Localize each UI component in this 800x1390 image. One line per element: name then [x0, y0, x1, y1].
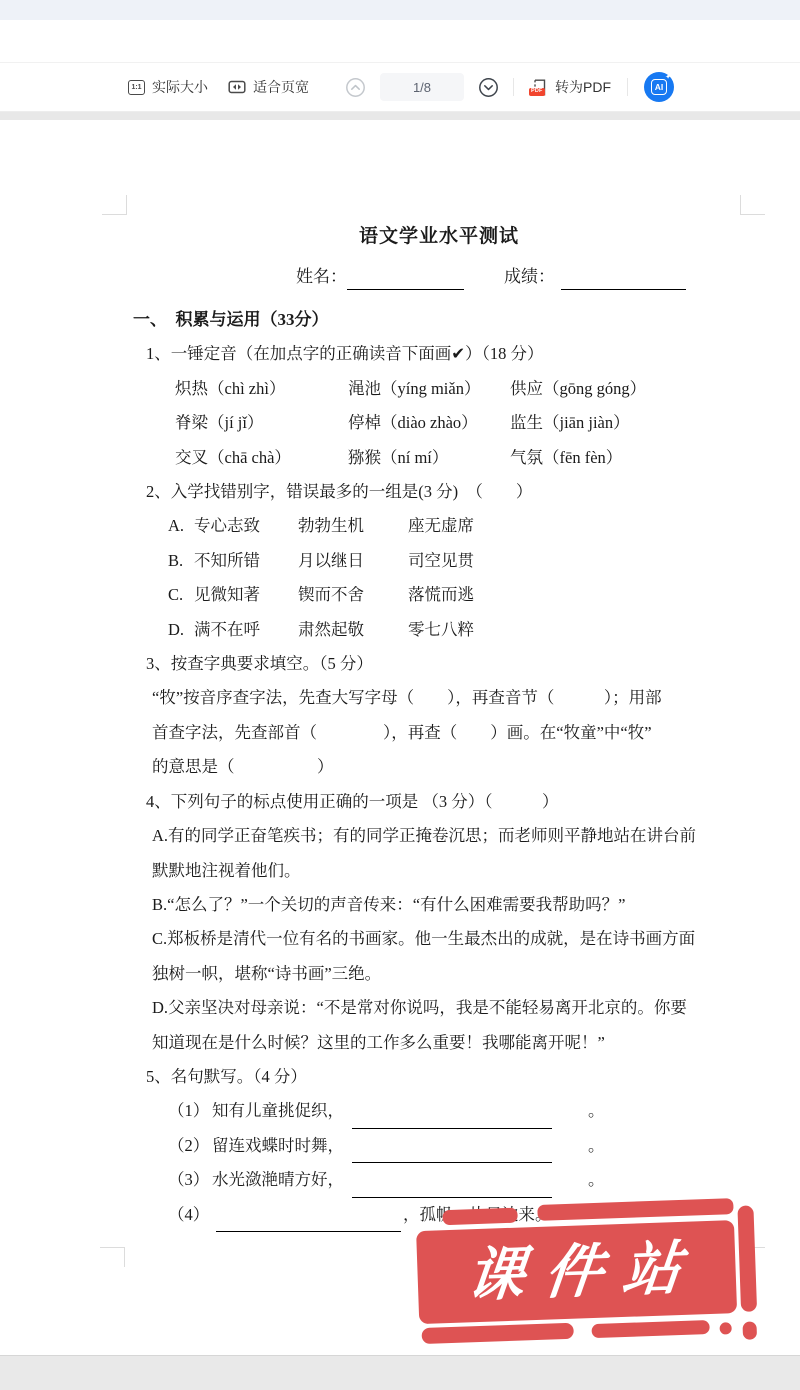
q5-item-tail: 。 — [588, 1129, 605, 1163]
document-page: 语文学业水平测试 姓名： 成绩： 一、 积累与运用（33分） 1、一锤定音（在加… — [0, 120, 800, 1355]
q1-item: 停棹（diào zhào） — [348, 406, 510, 440]
q2-option-letter: C. — [168, 578, 194, 612]
q3-heading: 3、按查字典要求填空。（5 分） — [146, 647, 745, 681]
fit-width-button[interactable]: 适合页宽 — [226, 73, 311, 101]
section-heading: 一、 积累与运用（33分） — [133, 303, 745, 337]
q2-option-letter: B. — [168, 544, 194, 578]
q5-item-number: （4） — [168, 1198, 212, 1232]
q2-word: 满不在呼 — [194, 613, 298, 647]
q1-item: 脊梁（jí jǐ） — [175, 406, 348, 440]
stamp-border-top — [442, 1208, 517, 1226]
name-label: 姓名： — [296, 264, 347, 290]
q5-heading: 5、名句默写。（4 分） — [146, 1060, 745, 1094]
name-score-line: 姓名： 成绩： — [185, 264, 797, 290]
stamp-text: 课件站 — [450, 1239, 704, 1306]
watermark-stamp: 课件站 — [415, 1197, 772, 1355]
q4-line: B.“怎么了？”一个关切的声音传来：“有什么困难需要我帮助吗？” — [152, 888, 745, 922]
q5-item-number: （1） — [168, 1094, 212, 1128]
name-blank — [347, 270, 464, 290]
q4-line: C.郑板桥是清代一位有名的书画家。他一生最杰出的成就，是在诗书画方面 — [152, 922, 745, 956]
q4-line: 默默地注视着他们。 — [152, 854, 745, 888]
page-top-gap — [0, 112, 800, 120]
q5-item-text: 水光潋滟晴方好， — [212, 1163, 344, 1197]
q1-item: 供应（gōng góng） — [510, 372, 745, 406]
q5-item-text: 知有儿童挑促织， — [212, 1094, 344, 1128]
q2-word: 锲而不舍 — [298, 578, 408, 612]
pdf-badge: PDF — [529, 88, 545, 96]
window-top-strip — [0, 0, 800, 20]
q3-lines: “牧”按音序查字法，先查大写字母（ ），再查音节（ ）；用部首查字法，先查部首（… — [133, 681, 745, 784]
actual-size-label: 实际大小 — [152, 77, 208, 97]
q2-word: 专心志致 — [194, 509, 298, 543]
q5-item: （1）知有儿童挑促织，。 — [168, 1094, 745, 1128]
stamp-border-right — [742, 1321, 757, 1339]
q5-item-tail: 。 — [588, 1094, 605, 1128]
ai-assistant-button[interactable]: AI ✦ — [644, 72, 674, 102]
stamp-border-bottom — [421, 1323, 573, 1344]
q5-blank — [352, 1178, 552, 1198]
actual-size-button[interactable]: 1:1 实际大小 — [126, 73, 210, 101]
q1-item: 渑池（yíng miǎn） — [348, 372, 510, 406]
q2-word: 落慌而逃 — [408, 578, 745, 612]
q5-item: （2）留连戏蝶时时舞，。 — [168, 1129, 745, 1163]
document-title: 语文学业水平测试 — [133, 224, 745, 250]
q2-heading: 2、入学找错别字，错误最多的一组是(3 分) （ ） — [146, 475, 745, 509]
q3-line: “牧”按音序查字法，先查大写字母（ ），再查音节（ ）；用部 — [152, 681, 745, 715]
stamp-body: 课件站 — [416, 1220, 737, 1324]
q2-option: D. 满不在呼 肃然起敬 零七八粹 — [168, 613, 745, 647]
q5-item-text: 留连戏蝶时时舞， — [212, 1129, 344, 1163]
q2-option-letter: D. — [168, 613, 194, 647]
q4-line: A.有的同学正奋笔疾书；有的同学正掩卷沉思；而老师则平静地站在讲台前 — [152, 819, 745, 853]
ai-icon: AI — [651, 79, 667, 95]
q2-option: A. 专心志致 勃勃生机 座无虚席 — [168, 509, 745, 543]
toolbar-divider — [513, 78, 514, 96]
q3-line: 首查字法，先查部首（ ），再查（ ）画。在“牧童”中“牧” — [152, 716, 745, 750]
actual-size-icon: 1:1 — [128, 80, 145, 95]
q2-word: 月以继日 — [298, 544, 408, 578]
q5-blank — [352, 1143, 552, 1163]
q1-item: 猕猴（ní mí） — [348, 441, 510, 475]
q2-word: 座无虚席 — [408, 509, 745, 543]
q1-items: 炽热（chì zhì）渑池（yíng miǎn）供应（gōng góng）脊梁（… — [175, 372, 745, 475]
q4-lines: A.有的同学正奋笔疾书；有的同学正掩卷沉思；而老师则平静地站在讲台前默默地注视着… — [133, 819, 745, 1060]
q4-line: 知道现在是什么时候？这里的工作多么重要！我哪能离开呢！” — [152, 1026, 745, 1060]
q1-item: 交叉（chā chà） — [175, 441, 348, 475]
convert-to-pdf-button[interactable]: PDF 转为PDF — [528, 73, 613, 101]
stamp-border-dot — [719, 1322, 731, 1334]
chevron-up-icon — [345, 77, 366, 98]
document-content: 语文学业水平测试 姓名： 成绩： 一、 积累与运用（33分） 1、一锤定音（在加… — [0, 120, 800, 1232]
q1-item: 气氛（fēn fèn） — [510, 441, 745, 475]
stamp-border-bottom — [591, 1320, 709, 1338]
q2-word: 零七八粹 — [408, 613, 745, 647]
q3-line: 的意思是（ ） — [152, 750, 745, 784]
q1-heading: 1、一锤定音（在加点字的正确读音下面画✔）（18 分） — [146, 337, 745, 371]
q2-option: C. 见微知著 锲而不舍 落慌而逃 — [168, 578, 745, 612]
q5-blank — [216, 1212, 401, 1232]
score-label: 成绩： — [504, 264, 555, 290]
fit-width-icon — [228, 79, 246, 95]
q2-word: 见微知著 — [194, 578, 298, 612]
viewer-toolbar: 1:1 实际大小 适合页宽 1/8 — [0, 62, 800, 112]
score-blank — [561, 270, 686, 290]
pdf-icon: PDF — [530, 79, 548, 96]
q2-option-letter: A. — [168, 509, 194, 543]
q5-item-tail: 。 — [588, 1163, 605, 1197]
chevron-down-icon — [478, 77, 499, 98]
q2-word: 勃勃生机 — [298, 509, 408, 543]
previous-page-button[interactable] — [345, 77, 366, 98]
window-bottom-strip — [0, 1355, 800, 1390]
convert-to-pdf-label: 转为PDF — [555, 77, 611, 97]
page-indicator[interactable]: 1/8 — [380, 73, 464, 101]
q5-blank — [352, 1109, 552, 1129]
next-page-button[interactable] — [478, 77, 499, 98]
q2-word: 司空见贯 — [408, 544, 745, 578]
stamp-border-right — [737, 1205, 757, 1311]
q2-option: B. 不知所错 月以继日 司空见贯 — [168, 544, 745, 578]
q1-item: 监生（jiān jiàn） — [510, 406, 745, 440]
header-spacer — [0, 20, 800, 62]
q2-options: A. 专心志致 勃勃生机 座无虚席 B. 不知所错 月以继日 司空见贯 C. — [133, 509, 745, 647]
q2-word: 肃然起敬 — [298, 613, 408, 647]
q4-heading: 4、下列句子的标点使用正确的一项是 （3 分）（ ） — [146, 785, 745, 819]
sparkle-icon: ✦ — [665, 74, 671, 81]
q5-item: （3）水光潋滟晴方好，。 — [168, 1163, 745, 1197]
fit-width-label: 适合页宽 — [253, 77, 309, 97]
q2-word: 不知所错 — [194, 544, 298, 578]
q5-item-number: （2） — [168, 1129, 212, 1163]
toolbar-divider — [627, 78, 628, 96]
q4-line: 独树一帜，堪称“诗书画”三绝。 — [152, 957, 745, 991]
q1-item: 炽热（chì zhì） — [175, 372, 348, 406]
q4-line: D.父亲坚决对母亲说：“不是常对你说吗，我是不能轻易离开北京的。你要 — [152, 991, 745, 1025]
q5-item-number: （3） — [168, 1163, 212, 1197]
margin-mark-bottom-left — [100, 1247, 125, 1267]
